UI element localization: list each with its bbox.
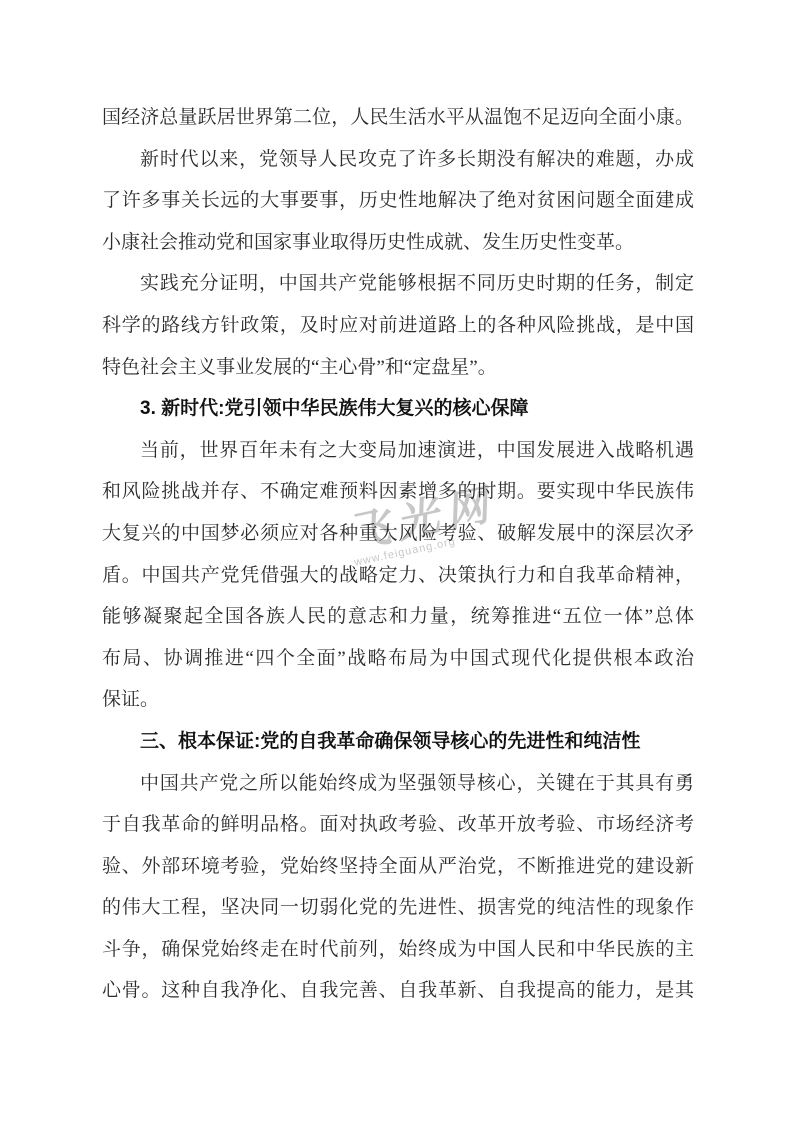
document-page: 飞光网 www.feiguang.org 国经济总量跃居世界第二位，人民生活水平…	[0, 0, 793, 1122]
body-text-line: 能够凝聚起全国各族人民的意志和力量，统筹推进“五位一体”总体	[102, 596, 694, 638]
body-text-line: 保证。	[102, 679, 694, 721]
body-text-line: 特色社会主义事业发展的“主心骨”和“定盘星”。	[102, 347, 694, 389]
body-text-line: 了许多事关长远的大事要事，历史性地解决了绝对贫困问题全面建成	[102, 180, 694, 222]
body-text-line: 于自我革命的鲜明品格。面对执政考验、改革开放考验、市场经济考	[102, 804, 694, 846]
body-text-line: 当前，世界百年未有之大变局加速演进，中国发展进入战略机遇	[102, 430, 694, 472]
body-text-line: 盾。中国共产党凭借强大的战略定力、决策执行力和自我革命精神，	[102, 555, 694, 597]
body-text-line: 实践充分证明，中国共产党能够根据不同历史时期的任务，制定	[102, 263, 694, 305]
body-text-line: 的伟大工程，坚决同一切弱化党的先进性、损害党的纯洁性的现象作	[102, 887, 694, 929]
body-text-line: 中国共产党之所以能始终成为坚强领导核心，关键在于其具有勇	[102, 763, 694, 805]
body-text-line: 心骨。这种自我净化、自我完善、自我革新、自我提高的能力，是其	[102, 970, 694, 1012]
section-heading: 三、根本保证:党的自我革命确保领导核心的先进性和纯洁性	[102, 721, 694, 763]
body-text-line: 国经济总量跃居世界第二位，人民生活水平从温饱不足迈向全面小康。	[102, 97, 694, 139]
body-text-line: 斗争，确保党始终走在时代前列，始终成为中国人民和中华民族的主	[102, 929, 694, 971]
body-text-line: 和风险挑战并存、不确定难预料因素增多的时期。要实现中华民族伟	[102, 471, 694, 513]
section-heading: 3. 新时代:党引领中华民族伟大复兴的核心保障	[102, 388, 694, 430]
body-text-line: 大复兴的中国梦必须应对各种重大风险考验、破解发展中的深层次矛	[102, 513, 694, 555]
body-text-line: 新时代以来，党领导人民攻克了许多长期没有解决的难题，办成	[102, 139, 694, 181]
body-text-line: 科学的路线方针政策，及时应对前进道路上的各种风险挑战，是中国	[102, 305, 694, 347]
body-text-line: 验、外部环境考验，党始终坚持全面从严治党，不断推进党的建设新	[102, 846, 694, 888]
body-text-line: 小康社会推动党和国家事业取得历史性成就、发生历史性变革。	[102, 222, 694, 264]
body-text-line: 布局、协调推进“四个全面”战略布局为中国式现代化提供根本政治	[102, 638, 694, 680]
document-body: 国经济总量跃居世界第二位，人民生活水平从温饱不足迈向全面小康。 新时代以来，党领…	[102, 97, 694, 1012]
